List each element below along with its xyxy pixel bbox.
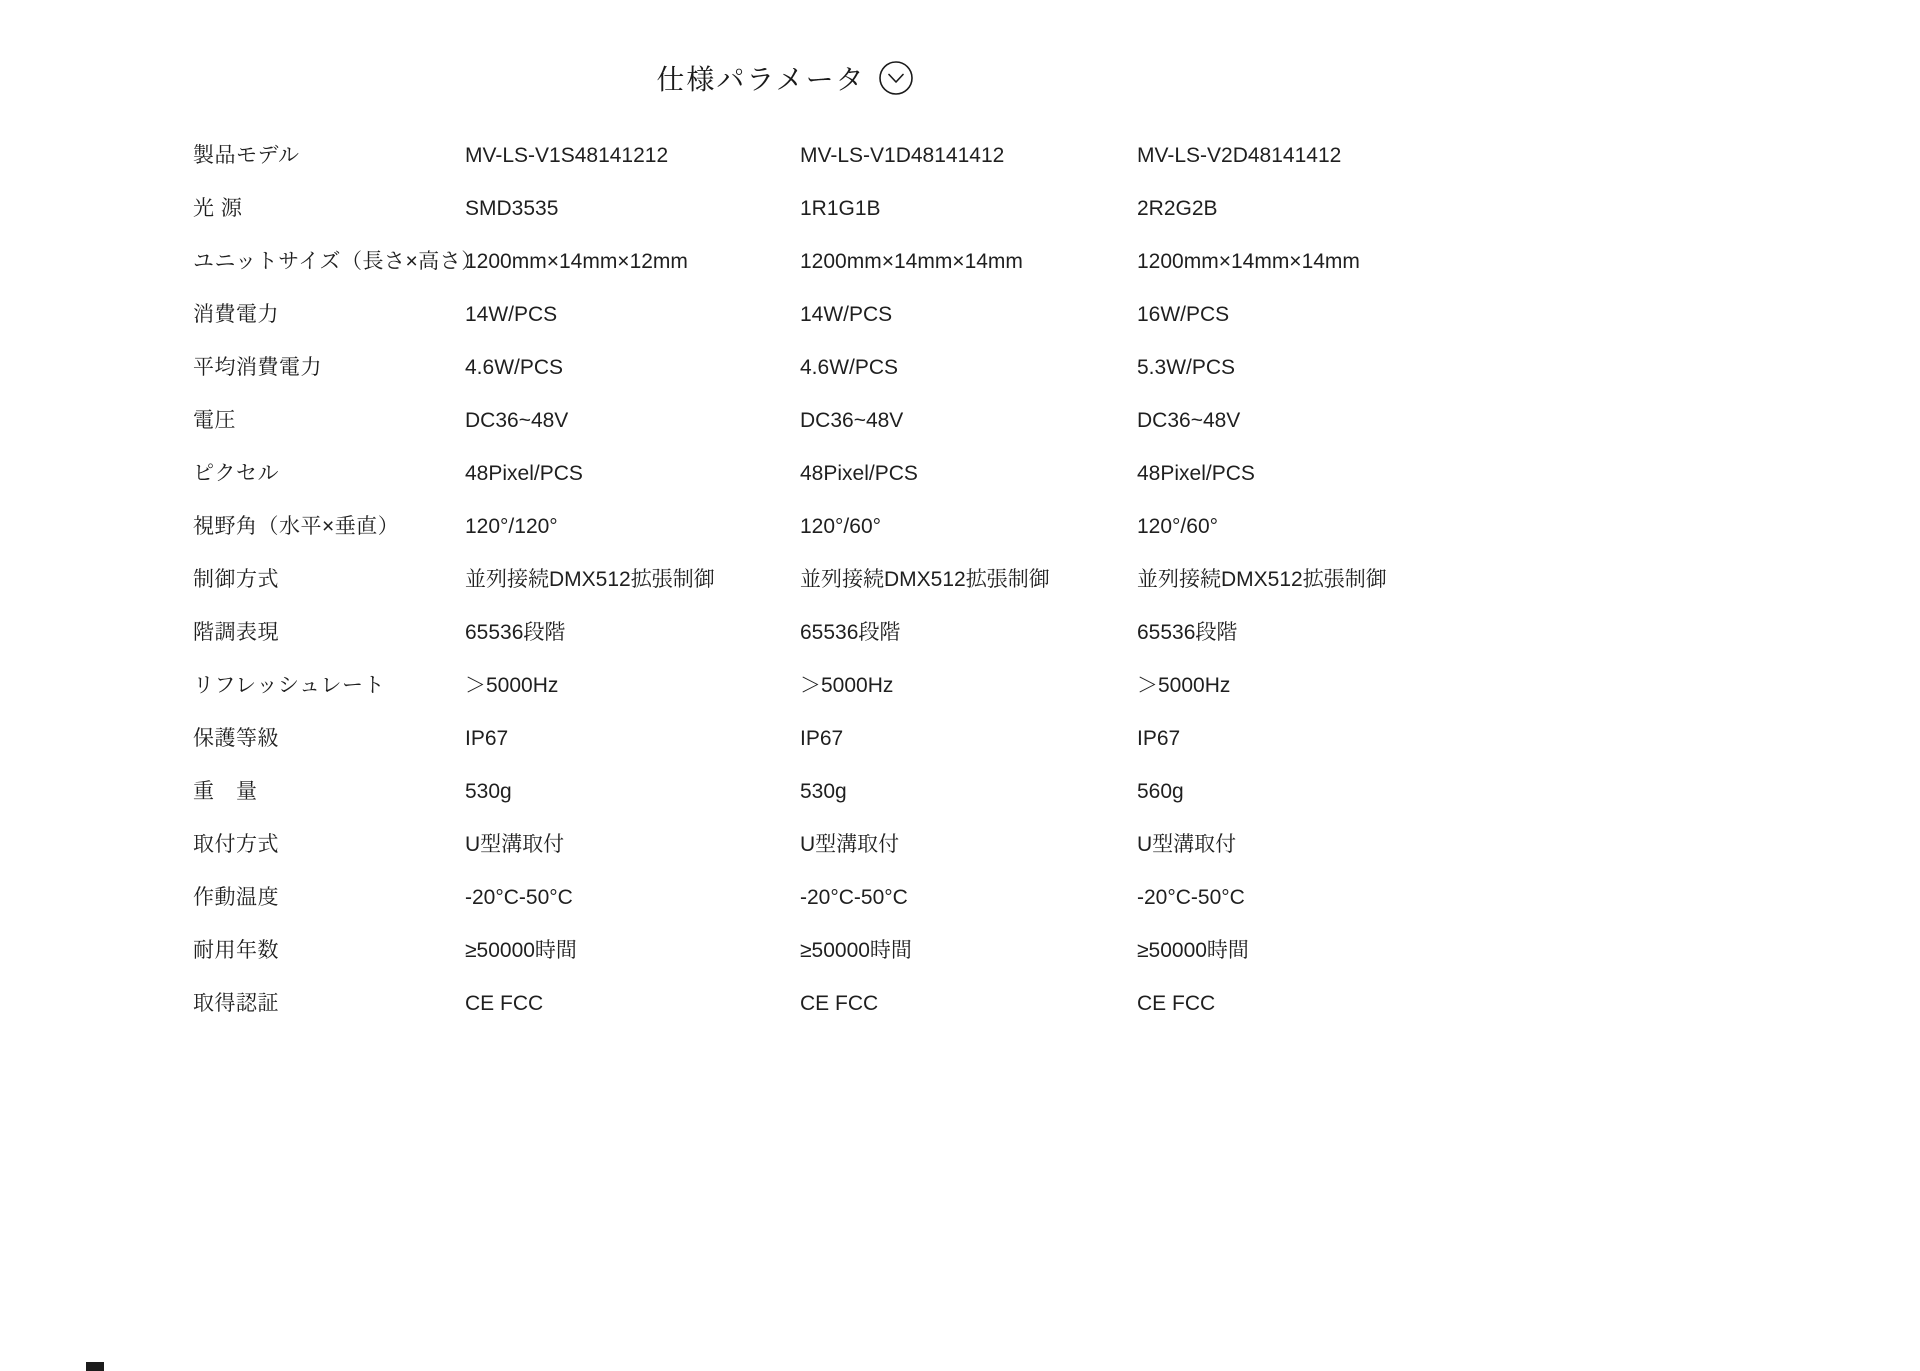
spec-value-model-2: DC36~48V: [800, 408, 1137, 434]
table-row: 消費電力 14W/PCS 14W/PCS 16W/PCS: [193, 289, 1733, 342]
spec-value-model-1: 4.6W/PCS: [465, 355, 800, 381]
spec-label: 平均消費電力: [193, 355, 465, 381]
section-header: 仕様パラメータ: [0, 0, 1570, 98]
spec-label: 重 量: [193, 779, 465, 805]
spec-parameters-page: 仕様パラメータ 製品モデル MV-LS-V1S48141212 MV-LS-V1…: [0, 0, 1920, 1371]
spec-value-model-2: U型溝取付: [800, 832, 1137, 858]
spec-value-model-2: 120°/60°: [800, 514, 1137, 540]
spec-value-model-2: 48Pixel/PCS: [800, 461, 1137, 487]
spec-label: ユニットサイズ（長さ×高さ）: [193, 249, 465, 275]
chevron-down-icon[interactable]: [878, 60, 914, 96]
spec-label: 制御方式: [193, 567, 465, 593]
spec-label: 作動温度: [193, 885, 465, 911]
spec-value-model-1: CE FCC: [465, 991, 800, 1017]
spec-value-model-2: 4.6W/PCS: [800, 355, 1137, 381]
partial-element-fragment: [86, 1362, 104, 1371]
spec-value-model-1: MV-LS-V1S48141212: [465, 143, 800, 169]
spec-value-model-3: 65536段階: [1137, 620, 1733, 646]
spec-value-model-1: 並列接続DMX512拡張制御: [465, 567, 800, 593]
spec-value-model-3: 16W/PCS: [1137, 302, 1733, 328]
spec-value-model-1: ＞5000Hz: [465, 673, 800, 699]
spec-value-model-2: CE FCC: [800, 991, 1137, 1017]
spec-label: リフレッシュレート: [193, 673, 465, 699]
spec-value-model-1: ≥50000時間: [465, 938, 800, 964]
spec-value-model-1: U型溝取付: [465, 832, 800, 858]
spec-value-model-2: ≥50000時間: [800, 938, 1137, 964]
table-row: 制御方式 並列接続DMX512拡張制御 並列接続DMX512拡張制御 並列接続D…: [193, 554, 1733, 607]
spec-label: 耐用年数: [193, 938, 465, 964]
spec-label: ピクセル: [193, 461, 465, 487]
table-row: 保護等級 IP67 IP67 IP67: [193, 713, 1733, 766]
spec-value-model-3: 5.3W/PCS: [1137, 355, 1733, 381]
spec-value-model-1: IP67: [465, 726, 800, 752]
table-row: 取付方式 U型溝取付 U型溝取付 U型溝取付: [193, 819, 1733, 872]
table-row: 平均消費電力 4.6W/PCS 4.6W/PCS 5.3W/PCS: [193, 342, 1733, 395]
spec-value-model-3: U型溝取付: [1137, 832, 1733, 858]
spec-value-model-3: 560g: [1137, 779, 1733, 805]
spec-value-model-3: 1200mm×14mm×14mm: [1137, 249, 1733, 275]
spec-value-model-3: 120°/60°: [1137, 514, 1733, 540]
spec-value-model-3: DC36~48V: [1137, 408, 1733, 434]
spec-value-model-2: 530g: [800, 779, 1137, 805]
spec-value-model-3: -20°C-50°C: [1137, 885, 1733, 911]
table-row: 重 量 530g 530g 560g: [193, 766, 1733, 819]
spec-label: 視野角（水平×垂直）: [193, 514, 465, 540]
table-row: 光 源 SMD3535 1R1G1B 2R2G2B: [193, 183, 1733, 236]
spec-value-model-3: CE FCC: [1137, 991, 1733, 1017]
spec-table: 製品モデル MV-LS-V1S48141212 MV-LS-V1D4814141…: [193, 130, 1733, 1031]
table-row: 作動温度 -20°C-50°C -20°C-50°C -20°C-50°C: [193, 872, 1733, 925]
spec-value-model-1: 65536段階: [465, 620, 800, 646]
table-row: 視野角（水平×垂直） 120°/120° 120°/60° 120°/60°: [193, 501, 1733, 554]
spec-value-model-3: ＞5000Hz: [1137, 673, 1733, 699]
spec-label: 階調表現: [193, 620, 465, 646]
spec-value-model-1: SMD3535: [465, 196, 800, 222]
spec-value-model-3: 並列接続DMX512拡張制御: [1137, 567, 1733, 593]
spec-value-model-1: 530g: [465, 779, 800, 805]
spec-value-model-3: 2R2G2B: [1137, 196, 1733, 222]
page-title: 仕様パラメータ: [656, 58, 865, 98]
spec-label: 保護等級: [193, 726, 465, 752]
spec-value-model-1: 14W/PCS: [465, 302, 800, 328]
table-row: ユニットサイズ（長さ×高さ） 1200mm×14mm×12mm 1200mm×1…: [193, 236, 1733, 289]
spec-value-model-2: -20°C-50°C: [800, 885, 1137, 911]
spec-value-model-1: 48Pixel/PCS: [465, 461, 800, 487]
spec-label: 製品モデル: [193, 143, 465, 169]
spec-value-model-1: -20°C-50°C: [465, 885, 800, 911]
spec-value-model-3: ≥50000時間: [1137, 938, 1733, 964]
spec-label: 電圧: [193, 408, 465, 434]
spec-value-model-3: 48Pixel/PCS: [1137, 461, 1733, 487]
spec-value-model-2: IP67: [800, 726, 1137, 752]
spec-value-model-2: 並列接続DMX512拡張制御: [800, 567, 1137, 593]
spec-value-model-2: MV-LS-V1D48141412: [800, 143, 1137, 169]
spec-value-model-2: ＞5000Hz: [800, 673, 1137, 699]
spec-label: 消費電力: [193, 302, 465, 328]
spec-value-model-2: 1200mm×14mm×14mm: [800, 249, 1137, 275]
table-row: 取得認証 CE FCC CE FCC CE FCC: [193, 978, 1733, 1031]
spec-value-model-3: IP67: [1137, 726, 1733, 752]
spec-label: 取得認証: [193, 991, 465, 1017]
spec-value-model-1: DC36~48V: [465, 408, 800, 434]
spec-value-model-1: 1200mm×14mm×12mm: [465, 249, 800, 275]
table-row: 耐用年数 ≥50000時間 ≥50000時間 ≥50000時間: [193, 925, 1733, 978]
table-row: 階調表現 65536段階 65536段階 65536段階: [193, 607, 1733, 660]
spec-label: 取付方式: [193, 832, 465, 858]
table-row: 製品モデル MV-LS-V1S48141212 MV-LS-V1D4814141…: [193, 130, 1733, 183]
table-row: 電圧 DC36~48V DC36~48V DC36~48V: [193, 395, 1733, 448]
spec-value-model-2: 14W/PCS: [800, 302, 1137, 328]
spec-value-model-1: 120°/120°: [465, 514, 800, 540]
spec-label: 光 源: [193, 196, 465, 222]
spec-value-model-3: MV-LS-V2D48141412: [1137, 143, 1733, 169]
table-row: ピクセル 48Pixel/PCS 48Pixel/PCS 48Pixel/PCS: [193, 448, 1733, 501]
table-row: リフレッシュレート ＞5000Hz ＞5000Hz ＞5000Hz: [193, 660, 1733, 713]
spec-value-model-2: 1R1G1B: [800, 196, 1137, 222]
spec-value-model-2: 65536段階: [800, 620, 1137, 646]
